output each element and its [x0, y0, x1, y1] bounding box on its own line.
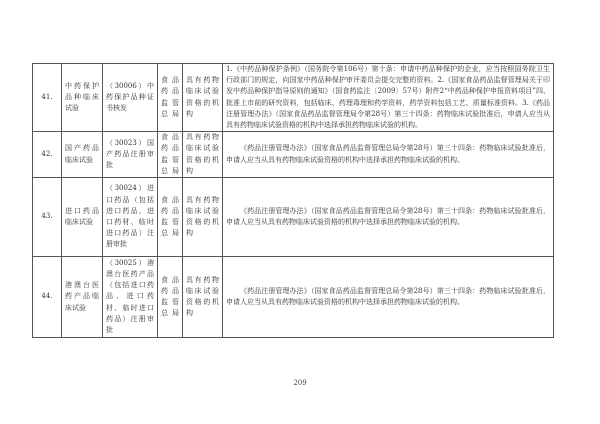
page-number: 209	[0, 379, 600, 387]
approval-item: （30024）进口药品（包括进口药品、进口药材、临时进口药品）注册审批	[103, 178, 158, 257]
approval-item: （30023）国产药品注册审批	[103, 132, 158, 178]
implementing-organization: 具有药物临床试验资格的机构	[183, 178, 223, 257]
legal-basis-text: 1.《中药品种保护条例》（国务院令第106号）第十条：申请中药品种保护的企业，应…	[226, 64, 550, 131]
legal-basis: 1.《中药品种保护条例》（国务院令第106号）第十条：申请中药品种保护的企业，应…	[223, 64, 554, 132]
legal-basis: 《药品注册管理办法》（国家食品药品监督管理总局令第28号）第三十四条：药物临床试…	[223, 132, 554, 178]
service-name: 中药保护品种临床试验	[62, 64, 103, 132]
row-number: 44.	[33, 257, 62, 338]
table-row: 43. 进口药品临床试验 （30024）进口药品（包括进口药品、进口药材、临时进…	[33, 178, 554, 257]
service-name: 国产药品临床试验	[62, 132, 103, 178]
table-row: 44. 港澳台医药产品临床试验 （30025）港澳台医药产品（包括进口药品、进口…	[33, 257, 554, 338]
department: 食品药品监管总局	[158, 64, 183, 132]
service-name: 进口药品临床试验	[62, 178, 103, 257]
implementing-organization: 具有药物临床试验资格的机构	[183, 257, 223, 338]
row-number: 41.	[33, 64, 62, 132]
implementing-organization: 具有药物临床试验资格的机构	[183, 64, 223, 132]
legal-basis-text: 《药品注册管理办法》（国家食品药品监督管理总局令第28号）第三十四条：药物临床试…	[226, 206, 550, 228]
department: 食品药品监管总局	[158, 132, 183, 178]
service-name: 港澳台医药产品临床试验	[62, 257, 103, 338]
row-number: 42.	[33, 132, 62, 178]
approval-item: （30025）港澳台医药产品（包括进口药品、进口药材、临时进口药品）注册审批	[103, 257, 158, 338]
department: 食品药品监管总局	[158, 178, 183, 257]
regulation-table: 41. 中药保护品种临床试验 （30006）中药保护品种证书核发 食品药品监管总…	[32, 63, 554, 338]
legal-basis-text: 《药品注册管理办法》（国家食品药品监督管理总局令第28号）第三十四条：药物临床试…	[226, 286, 550, 308]
implementing-organization: 具有药物临床试验资格的机构	[183, 132, 223, 178]
table-row: 41. 中药保护品种临床试验 （30006）中药保护品种证书核发 食品药品监管总…	[33, 64, 554, 132]
legal-basis-text: 《药品注册管理办法》（国家食品药品监督管理总局令第28号）第三十四条：药物临床试…	[226, 143, 550, 165]
department: 食品药品监管总局	[158, 257, 183, 338]
table-row: 42. 国产药品临床试验 （30023）国产药品注册审批 食品药品监管总局 具有…	[33, 132, 554, 178]
approval-item: （30006）中药保护品种证书核发	[103, 64, 158, 132]
legal-basis: 《药品注册管理办法》（国家食品药品监督管理总局令第28号）第三十四条：药物临床试…	[223, 257, 554, 338]
legal-basis: 《药品注册管理办法》（国家食品药品监督管理总局令第28号）第三十四条：药物临床试…	[223, 178, 554, 257]
row-number: 43.	[33, 178, 62, 257]
